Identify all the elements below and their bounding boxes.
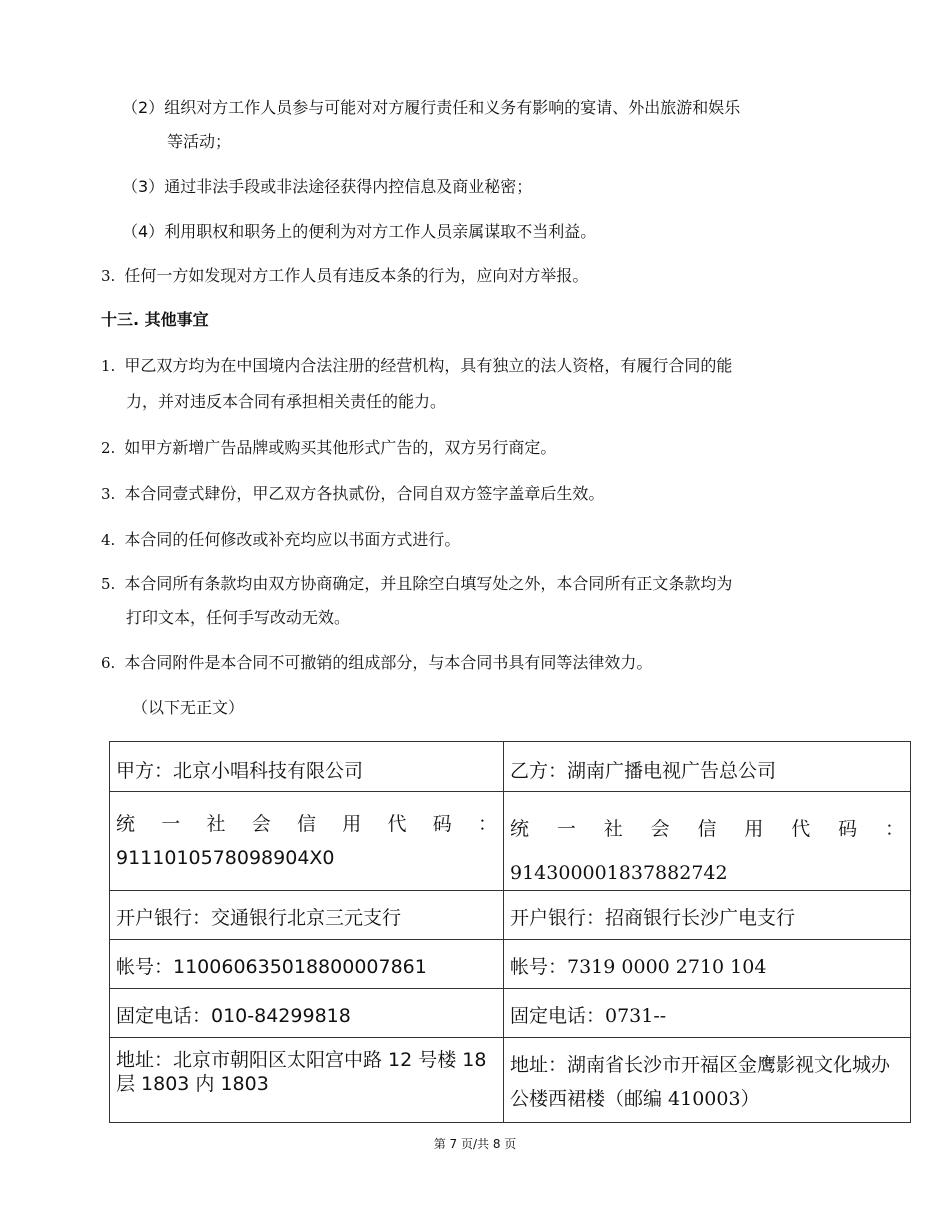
table-row-credit-code: 统一社会信用代码： 9111010578098904X0 统一社会信用代码： 9… xyxy=(110,792,911,891)
party-a-credit-label: 统一社会信用代码： xyxy=(116,802,497,836)
numbered-item-1-continuation: 力，并对违反本合同有承担相关责任的能力。 xyxy=(126,392,446,412)
clause-item-3: 3.任何一方如发现对方工作人员有违反本条的行为，应向对方举报。 xyxy=(101,266,588,286)
party-b-bank: 开户银行：招商银行长沙广电支行 xyxy=(510,891,904,930)
item-text: 甲乙双方均为在中国境内合法注册的经营机构，具有独立的法人资格，有履行合同的能 xyxy=(124,356,732,375)
item-text: 本合同壹式肆份，甲乙双方各执贰份，合同自双方签字盖章后生效。 xyxy=(124,484,604,503)
sub-item-label: （4） xyxy=(122,222,164,241)
sub-item-text: 利用职权和职务上的便利为对方工作人员亲属谋取不当利益。 xyxy=(164,222,596,241)
sub-item-2-continuation: 等活动； xyxy=(167,132,231,152)
party-b-credit-code: 914300001837882742 xyxy=(510,846,904,890)
sub-item-text: 组织对方工作人员参与可能对对方履行责任和义务有影响的宴请、外出旅游和娱乐 xyxy=(164,98,740,117)
numbered-item-6: 6.本合同附件是本合同不可撤销的组成部分，与本合同书具有同等法律效力。 xyxy=(101,653,652,673)
table-row-account: 帐号：110060635018800007861 帐号：7319 0000 27… xyxy=(110,940,911,989)
party-a-name: 甲方：北京小唱科技有限公司 xyxy=(116,742,497,783)
party-b-name-cell: 乙方：湖南广播电视广告总公司 xyxy=(504,742,911,792)
numbered-item-1: 1.甲乙双方均为在中国境内合法注册的经营机构，具有独立的法人资格，有履行合同的能 xyxy=(101,356,732,376)
party-a-address-cell: 地址：北京市朝阳区太阳宫中路 12 号楼 18 层 1803 内 1803 xyxy=(110,1038,504,1123)
party-b-bank-cell: 开户银行：招商银行长沙广电支行 xyxy=(504,891,911,940)
end-note: （以下无正文） xyxy=(132,698,244,718)
party-b-credit-label: 统一社会信用代码： xyxy=(510,802,904,846)
sub-item-text: 通过非法手段或非法途径获得内控信息及商业秘密； xyxy=(164,177,532,196)
party-a-account-cell: 帐号：110060635018800007861 xyxy=(110,940,504,989)
party-b-account: 帐号：7319 0000 2710 104 xyxy=(510,940,904,979)
signature-table: 甲方：北京小唱科技有限公司 乙方：湖南广播电视广告总公司 统一社会信用代码： 9… xyxy=(109,741,911,1123)
item-number: 4. xyxy=(101,531,115,549)
table-row-bank: 开户银行：交通银行北京三元支行 开户银行：招商银行长沙广电支行 xyxy=(110,891,911,940)
sub-item-3: （3）通过非法手段或非法途径获得内控信息及商业秘密； xyxy=(122,177,532,197)
item-text: 如甲方新增广告品牌或购买其他形式广告的，双方另行商定。 xyxy=(124,438,556,457)
sub-item-label: （3） xyxy=(122,177,164,196)
party-a-credit-code: 9111010578098904X0 xyxy=(116,836,497,870)
numbered-item-5-continuation: 打印文本，任何手写改动无效。 xyxy=(126,608,350,628)
item-number: 3. xyxy=(101,267,115,285)
sub-item-2: （2）组织对方工作人员参与可能对对方履行责任和义务有影响的宴请、外出旅游和娱乐 xyxy=(122,98,740,118)
item-number: 3. xyxy=(101,485,115,503)
party-a-bank: 开户银行：交通银行北京三元支行 xyxy=(116,891,497,930)
item-text: 本合同所有条款均由双方协商确定，并且除空白填写处之外，本合同所有正文条款均为 xyxy=(124,574,732,593)
numbered-item-3: 3.本合同壹式肆份，甲乙双方各执贰份，合同自双方签字盖章后生效。 xyxy=(101,484,604,504)
sub-item-label: （2） xyxy=(122,98,164,117)
party-b-address-cell: 地址：湖南省长沙市开福区金鹰影视文化城办公楼西裙楼（邮编 410003） xyxy=(504,1038,911,1123)
table-row-party-name: 甲方：北京小唱科技有限公司 乙方：湖南广播电视广告总公司 xyxy=(110,742,911,792)
item-number: 5. xyxy=(101,575,115,593)
party-a-address: 地址：北京市朝阳区太阳宫中路 12 号楼 18 层 1803 内 1803 xyxy=(116,1038,497,1096)
party-b-phone-cell: 固定电话：0731-- xyxy=(504,989,911,1038)
table-row-address: 地址：北京市朝阳区太阳宫中路 12 号楼 18 层 1803 内 1803 地址… xyxy=(110,1038,911,1123)
item-number: 2. xyxy=(101,439,115,457)
item-number: 6. xyxy=(101,654,115,672)
party-a-account: 帐号：110060635018800007861 xyxy=(116,940,497,979)
party-a-bank-cell: 开户银行：交通银行北京三元支行 xyxy=(110,891,504,940)
party-a-phone-cell: 固定电话：010-84299818 xyxy=(110,989,504,1038)
party-b-phone: 固定电话：0731-- xyxy=(510,989,904,1028)
party-a-credit-cell: 统一社会信用代码： 9111010578098904X0 xyxy=(110,792,504,891)
party-a-name-cell: 甲方：北京小唱科技有限公司 xyxy=(110,742,504,792)
section-heading: 十三. 其他事宜 xyxy=(101,310,209,330)
party-b-account-cell: 帐号：7319 0000 2710 104 xyxy=(504,940,911,989)
numbered-item-4: 4.本合同的任何修改或补充均应以书面方式进行。 xyxy=(101,530,460,550)
item-text: 本合同的任何修改或补充均应以书面方式进行。 xyxy=(124,530,460,549)
party-a-phone: 固定电话：010-84299818 xyxy=(116,989,497,1028)
party-b-address: 地址：湖南省长沙市开福区金鹰影视文化城办公楼西裙楼（邮编 410003） xyxy=(510,1038,904,1116)
item-text: 任何一方如发现对方工作人员有违反本条的行为，应向对方举报。 xyxy=(124,266,588,285)
numbered-item-2: 2.如甲方新增广告品牌或购买其他形式广告的，双方另行商定。 xyxy=(101,438,556,458)
page-indicator: 第 7 页/共 8 页 xyxy=(0,1135,950,1152)
party-b-name: 乙方：湖南广播电视广告总公司 xyxy=(510,742,904,783)
numbered-item-5: 5.本合同所有条款均由双方协商确定，并且除空白填写处之外，本合同所有正文条款均为 xyxy=(101,574,732,594)
item-text: 本合同附件是本合同不可撤销的组成部分，与本合同书具有同等法律效力。 xyxy=(124,653,652,672)
table-row-phone: 固定电话：010-84299818 固定电话：0731-- xyxy=(110,989,911,1038)
party-b-credit-cell: 统一社会信用代码： 914300001837882742 xyxy=(504,792,911,891)
sub-item-4: （4）利用职权和职务上的便利为对方工作人员亲属谋取不当利益。 xyxy=(122,222,596,242)
item-number: 1. xyxy=(101,357,115,375)
